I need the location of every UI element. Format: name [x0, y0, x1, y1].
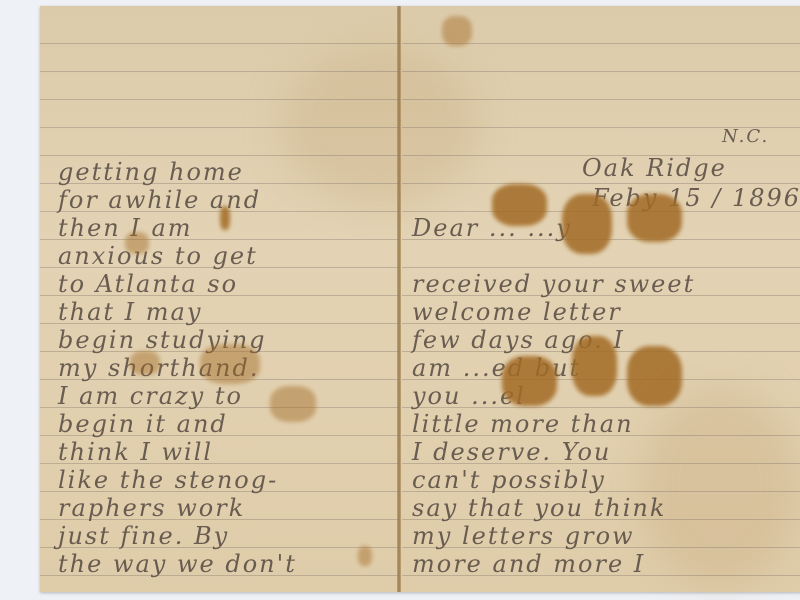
left-line: getting home [58, 158, 244, 186]
stain [502, 356, 557, 406]
stain [492, 184, 547, 226]
right-line: I deserve. You [412, 438, 611, 466]
place-abbrev: N.C. [722, 126, 769, 147]
right-line: received your sweet [412, 270, 695, 298]
right-line: welcome letter [412, 298, 622, 326]
stain [270, 386, 316, 422]
stain [572, 336, 617, 396]
right-line: little more than [412, 410, 634, 438]
place: Oak Ridge [582, 154, 727, 182]
stain [200, 344, 260, 384]
right-line: my letters grow [412, 522, 635, 550]
date: Feby 15 / 1896 [592, 184, 800, 212]
left-line: anxious to get [58, 242, 258, 270]
stain [125, 232, 149, 254]
left-line: begin it and [58, 410, 228, 438]
center-fold [397, 6, 401, 592]
stain [358, 546, 372, 566]
stain [627, 194, 682, 242]
salutation: Dear ... ...y [412, 214, 572, 242]
left-line: think I will [58, 438, 213, 466]
left-line: to Atlanta so [58, 270, 238, 298]
left-line: that I may [58, 298, 202, 326]
left-line: for awhile and [58, 186, 261, 214]
right-page: N.C. Oak Ridge Feby 15 / 1896 Dear ... .… [402, 6, 800, 592]
stain [130, 351, 160, 375]
stain [627, 346, 682, 406]
right-line: can't possibly [412, 466, 606, 494]
stain [562, 194, 612, 254]
left-page: getting home for awhile and then I am an… [40, 6, 400, 592]
left-line: the way we don't [58, 550, 297, 578]
stain [220, 206, 230, 230]
letter-sheet: getting home for awhile and then I am an… [40, 6, 800, 592]
stain [442, 16, 472, 46]
left-line: just fine. By [58, 522, 229, 550]
left-line: raphers work [58, 494, 245, 522]
right-line: more and more I [412, 550, 645, 578]
left-line: I am crazy to [58, 382, 243, 410]
left-line: like the stenog- [58, 466, 278, 494]
right-line: say that you think [412, 494, 666, 522]
